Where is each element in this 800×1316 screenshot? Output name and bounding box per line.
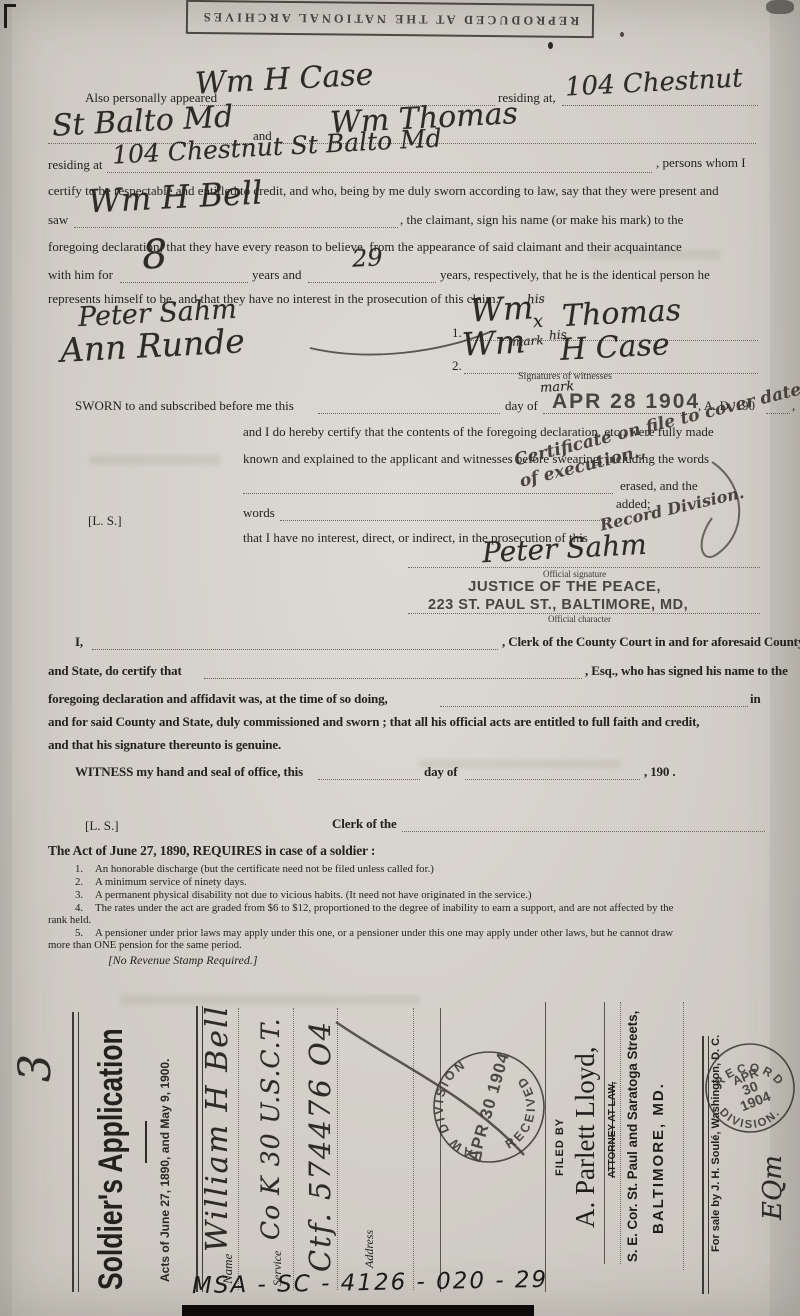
docket-divider: [145, 1121, 147, 1163]
docket-dotted-line: [293, 1008, 294, 1290]
printed-text: and for said County and State, duly comm…: [48, 714, 699, 730]
act-item-text: A minimum service of ninety days.: [95, 876, 247, 888]
docket-dotted-line: [620, 1002, 621, 1264]
corner-mark: [4, 4, 16, 7]
scan-edge-left: [0, 0, 12, 1316]
handwriting-his: his: [527, 292, 545, 307]
handwriting-docket-service: Co K 30 U.S.C.T.: [256, 1017, 285, 1240]
docket-title: Soldier's Application: [92, 1028, 131, 1290]
fill-line: [280, 519, 608, 521]
fill-line: [308, 281, 436, 283]
justice-of-peace-stamp: JUSTICE OF THE PEACE,: [468, 578, 661, 595]
fill-line: [440, 705, 748, 707]
printed-text: foregoing declaration and affidavit was,…: [48, 691, 388, 707]
printed-text: , 190 .: [644, 764, 675, 780]
printed-text: words: [243, 505, 275, 521]
handwriting-pencil-mark: 3: [10, 1054, 61, 1082]
fill-line: [562, 104, 758, 106]
act-item-number: 2.: [75, 876, 83, 888]
handwriting-claimant-name: Wm H Bell: [87, 173, 263, 220]
justice-address-stamp: 223 ST. PAUL ST., BALTIMORE, MD,: [428, 597, 688, 613]
attorney-address2: BALTIMORE, MD.: [650, 1082, 667, 1234]
national-archives-stamp: REPRODUCED AT THE NATIONAL ARCHIVES: [186, 0, 594, 38]
attorney-title: ATTORNEY AT LAW,: [607, 1082, 618, 1178]
fill-line: [318, 412, 500, 414]
docket-dotted-line: [683, 1002, 684, 1270]
printed-text: with him for: [48, 267, 113, 283]
printed-text: I,: [75, 634, 83, 650]
handwriting-docket-name: William H Bell: [200, 1005, 235, 1252]
no-revenue-stamp-note: [No Revenue Stamp Required.]: [108, 953, 258, 968]
printed-text: and State, do certify that: [48, 663, 182, 679]
docket-dotted-line: [337, 1008, 338, 1290]
fill-line: [318, 778, 420, 780]
printed-text: residing at: [48, 157, 103, 173]
handwriting-witness2-sig2: H Case: [559, 327, 670, 368]
record-division-round-stamp: RECORD DIVISION. APR 30 1904: [700, 1040, 800, 1140]
act-item-text: A permanent physical disability not due …: [95, 889, 532, 901]
act-item-number: 3.: [75, 889, 83, 901]
bleed-smudge: [90, 455, 220, 465]
fill-line: [74, 226, 398, 228]
fill-line: [204, 677, 582, 679]
printed-text: , Clerk of the County Court in and for a…: [502, 634, 800, 650]
printed-text: erased, and the: [620, 478, 698, 494]
handwriting-x-mark: x: [532, 311, 543, 333]
ink-smudge: [766, 0, 794, 14]
handwriting-years1: 8: [141, 231, 169, 278]
printed-text: , persons whom I: [656, 155, 746, 171]
document-page: REPRODUCED AT THE NATIONAL ARCHIVES Also…: [0, 0, 800, 1316]
ink-dot: [548, 42, 553, 49]
printed-text: years and: [252, 267, 301, 283]
handwriting-years2: 29: [351, 243, 383, 273]
law-division-received-stamp: LAW DIVISION RECEIVED APR 30 1904: [430, 1046, 548, 1168]
docket-rule: [604, 1002, 605, 1264]
printed-text: SWORN to and subscribed before me this: [75, 398, 294, 414]
act-item-number: 4.: [75, 902, 83, 914]
docket-dotted-line: [413, 1008, 414, 1290]
act-item-number: 1.: [75, 863, 83, 875]
printed-text: WITNESS my hand and seal of office, this: [75, 764, 303, 780]
handwriting-docket-certificate: Ctf. 574476 O4: [303, 1020, 337, 1272]
act-item-text: A pensioner under prior laws may apply u…: [95, 927, 673, 939]
printed-text: day of: [505, 398, 538, 414]
printed-text: day of: [424, 764, 457, 780]
docket-rule: [72, 1012, 79, 1292]
scan-edge-bottom: [182, 1305, 534, 1316]
address-label: Address: [362, 1230, 377, 1268]
ls-seal-mark: [L. S.]: [85, 818, 119, 834]
handwriting-witness2-sig: Wm: [461, 322, 526, 363]
handwriting-witness1-name: Wm H Case: [194, 57, 374, 101]
docket-acts-line: Acts of June 27, 1890, and May 9, 1900.: [158, 1059, 172, 1282]
attorney-address1: S. E. Cor. St. Paul and Saratoga Streets…: [624, 1011, 640, 1262]
handwriting-signature-left2: Ann Runde: [59, 321, 246, 370]
fill-line: [465, 778, 640, 780]
act-item-number: 5.: [75, 927, 83, 939]
act-item-text: more than ONE pension for the same perio…: [48, 939, 242, 951]
handwriting-ink-mark: EQm: [758, 1155, 788, 1220]
act-item-text: The rates under the act are graded from …: [95, 902, 673, 914]
fill-line: [120, 281, 248, 283]
printed-text: and that his signature thereunto is genu…: [48, 737, 281, 753]
fill-line: [107, 171, 652, 173]
ls-seal-mark: [L. S.]: [88, 513, 122, 529]
archives-stamp-text: REPRODUCED AT THE NATIONAL ARCHIVES: [201, 10, 580, 29]
printed-text: Clerk of the: [332, 816, 397, 832]
printed-text: , Esq., who has signed his name to the: [585, 663, 788, 679]
fill-line: [402, 830, 765, 832]
filed-by-label: FILED BY: [554, 1118, 566, 1176]
ink-dot: [620, 32, 624, 37]
official-character-caption: Official character: [548, 614, 611, 624]
act-item-text: An honorable discharge (but the certific…: [95, 863, 434, 875]
printed-text: years, respectively, that he is the iden…: [440, 267, 710, 283]
fill-line: [92, 648, 498, 650]
act-heading: The Act of June 27, 1890, REQUIRES in ca…: [48, 843, 375, 859]
act-item-text: rank held.: [48, 914, 91, 926]
archival-reference: MSA - SC - 4126 - 020 - 29: [192, 1267, 549, 1299]
witness-number: 2.: [452, 358, 462, 374]
printed-text: in: [750, 691, 761, 707]
signature-line: [408, 566, 760, 568]
printed-text: saw: [48, 212, 68, 228]
bleed-smudge: [120, 995, 420, 1005]
docket-dotted-line: [238, 1008, 239, 1290]
handwriting-witness1-address: 104 Chestnut: [564, 63, 743, 102]
stamp-date: APR 30 1904: [464, 1050, 513, 1164]
corner-mark: [4, 4, 7, 28]
fill-line: [243, 492, 613, 494]
printed-text: , the claimant, sign his name (or make h…: [400, 212, 683, 228]
attorney-name: A. Parlett Lloyd,: [570, 1047, 601, 1228]
